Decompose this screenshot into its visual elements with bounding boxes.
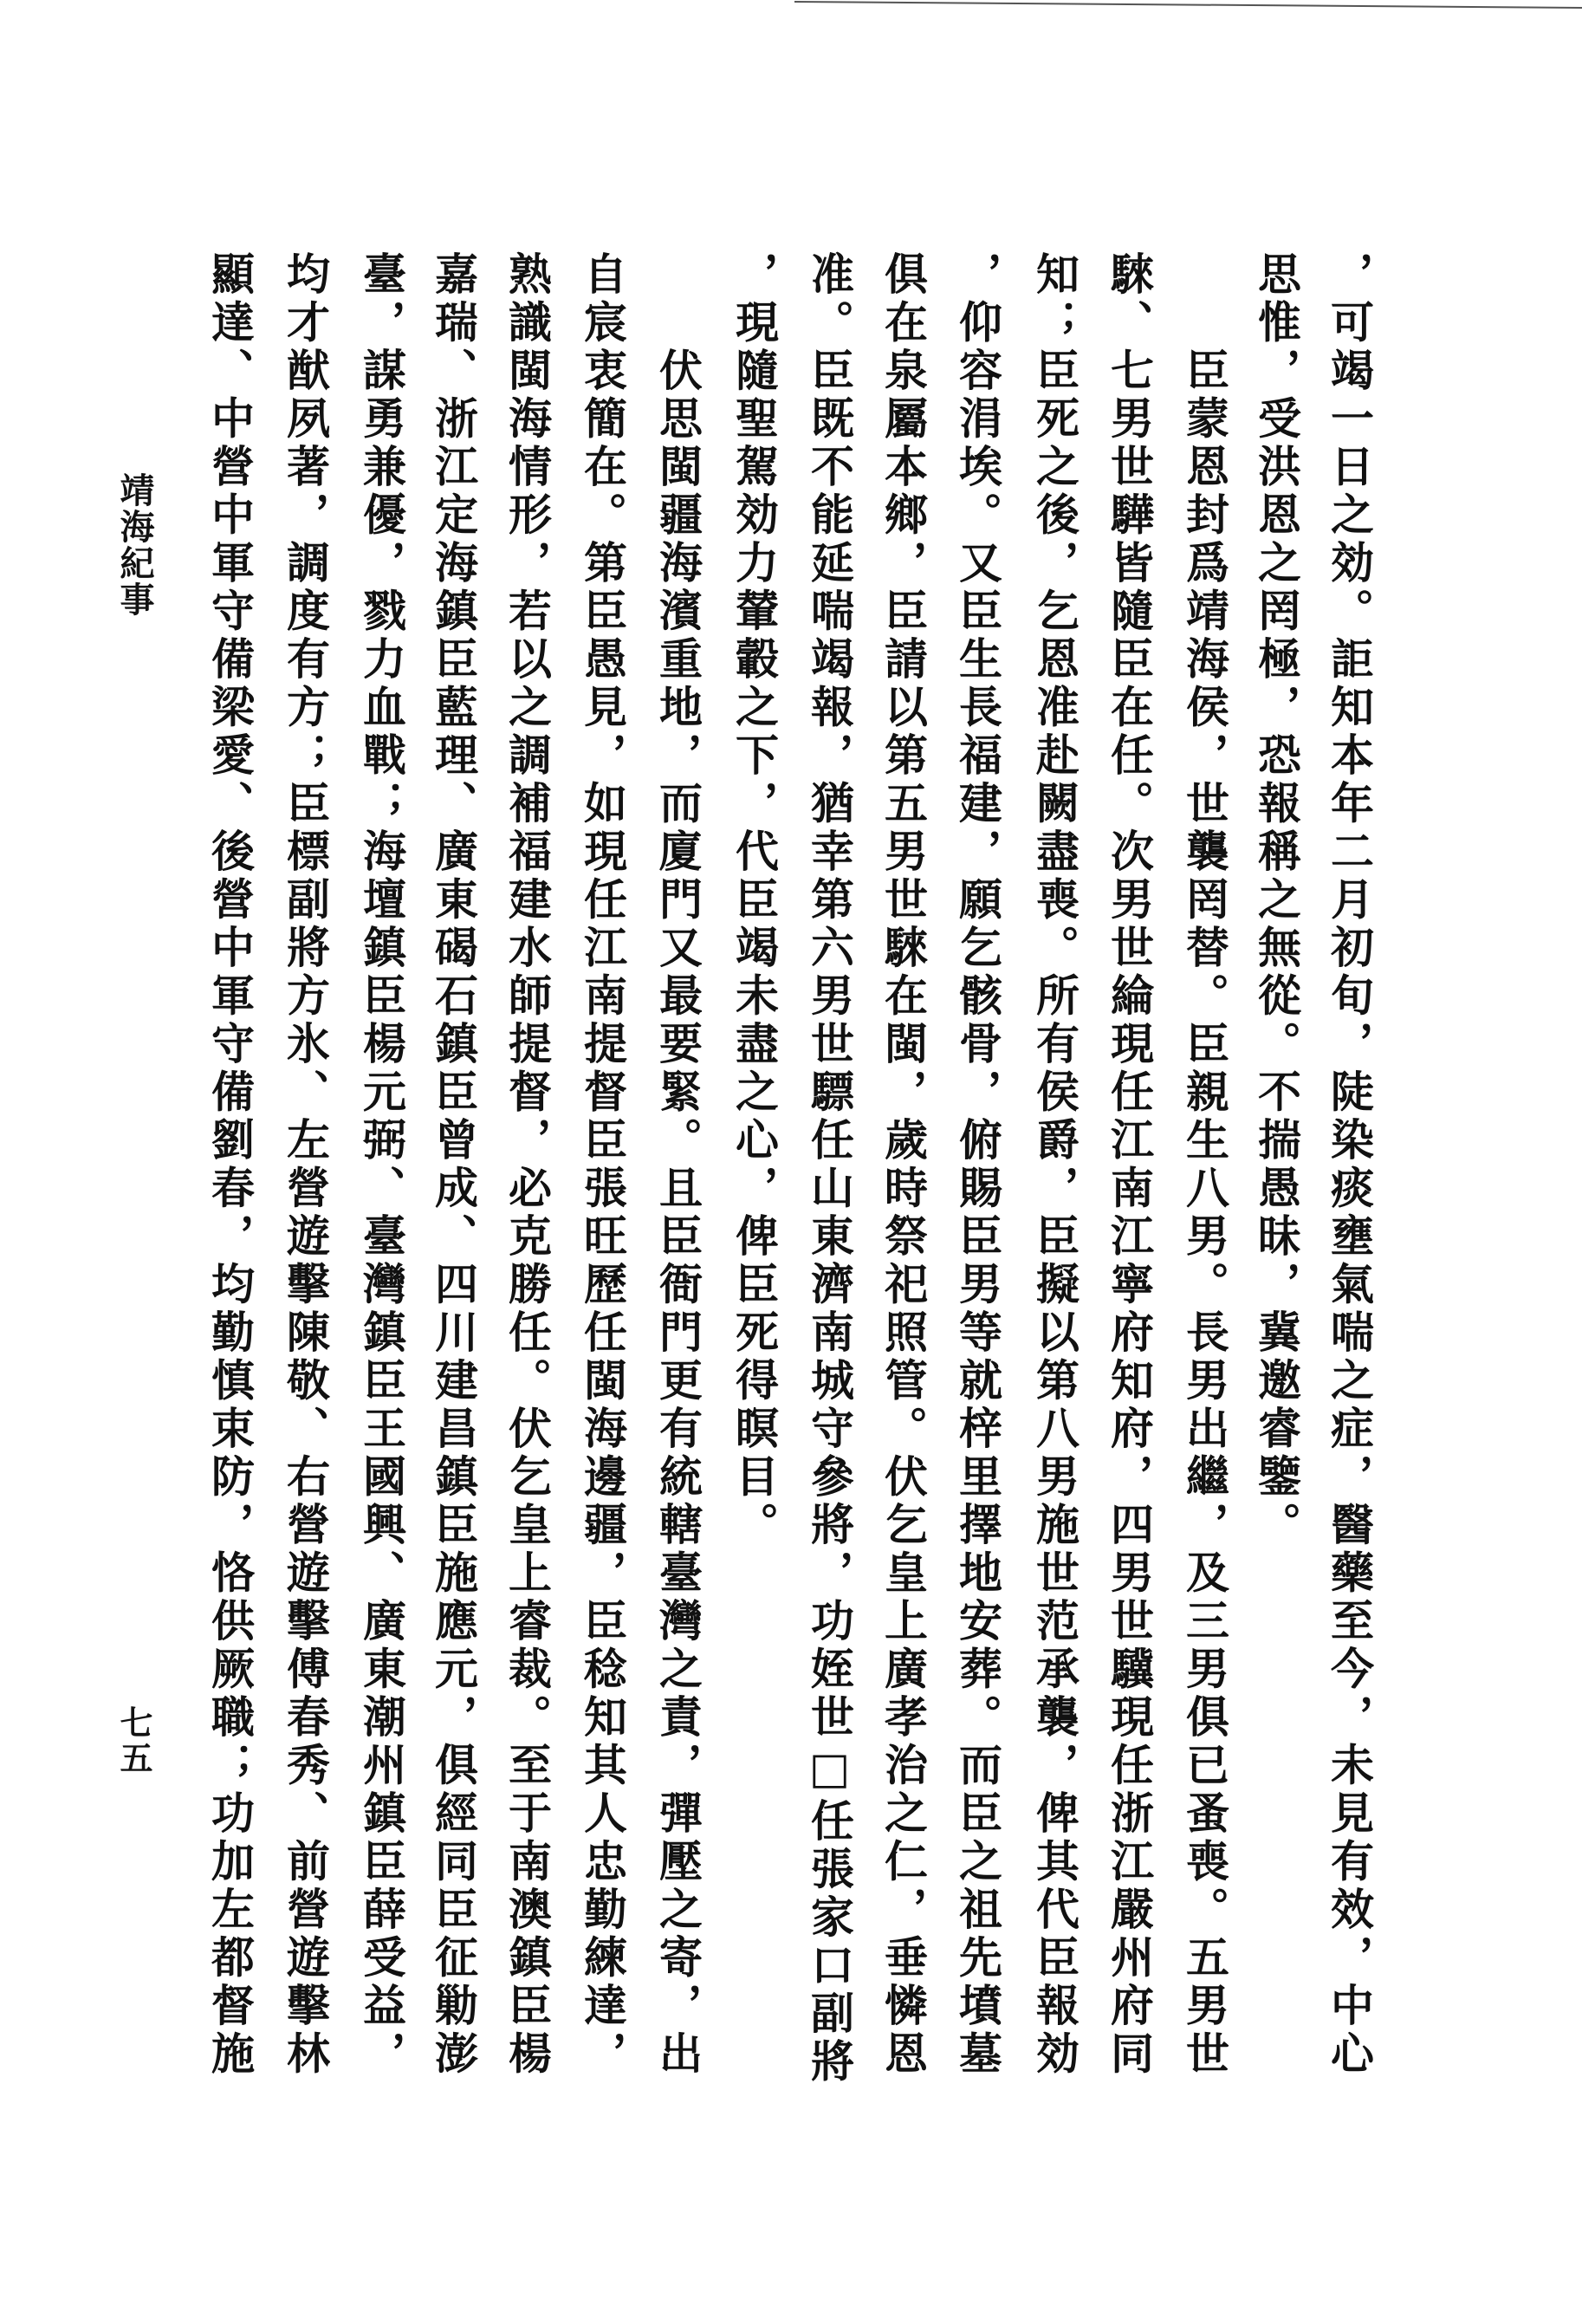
text-column-paragraph-start: 臣蒙恩封爲靖海侯，世襲罔替。臣親生八男。長男出繼，及三男俱已蚤喪。五男世 bbox=[1180, 347, 1229, 2184]
running-title: 靖海紀事 bbox=[114, 472, 154, 618]
text-column: ，現隨聖駕効力輦轂之下，代臣竭未盡之心，俾臣死得瞑目。 bbox=[729, 251, 778, 2088]
book-page: ，可竭一日之効。詎知本年二月初旬，陡染痰壅氣喘之症，醫藥至今，未見有效，中心 思… bbox=[0, 0, 1582, 2324]
text-column: 騋、七男世驊皆隨臣在任。次男世綸現任江南江寧府知府，四男世驥現任浙江嚴州府同 bbox=[1105, 251, 1153, 2088]
text-column: 顯達、中營中軍守備梁愛、後營中軍守備劉春，均勤慎束防，恪供厥職；功加左都督施 bbox=[205, 251, 254, 2088]
text-column: 知；臣死之後，乞恩准赴闕盡喪。所有侯爵，臣擬以第八男施世范承襲，俾其代臣報効 bbox=[1030, 251, 1079, 2088]
text-column: 熟識閩海情形，若以之調補福建水師提督，必克勝任。伏乞皇上睿裁。至于南澳鎮臣楊 bbox=[502, 251, 551, 2088]
text-column: 俱在泉屬本鄉，臣請以第五男世騋在閩，歲時祭祀照管。伏乞皇上廣孝治之仁，垂憐恩 bbox=[879, 251, 927, 2088]
text-column: 自宸衷簡在。第臣愚見，如現任江南提督臣張旺歷任閩海邊疆，臣稔知其人忠勤練達， bbox=[578, 251, 626, 2088]
text-column-paragraph-start: 伏思閩疆海濱重地，而廈門又最要緊。且臣衙門更有統轄臺灣之責，彈壓之寄，出 bbox=[653, 347, 702, 2184]
top-rule-line bbox=[794, 1, 1582, 9]
text-column: ，仰容涓埃。又臣生長福建，願乞骸骨，俯賜臣男等就梓里擇地安葬。而臣之祖先墳墓 bbox=[953, 251, 1002, 2088]
text-column: 思惟，受洪恩之罔極，恐報稱之無從。不揣愚昧，冀邀睿鑒。 bbox=[1252, 251, 1300, 2088]
text-column: 均才猷夙著，調度有方；臣標副將方氷、左營遊擊陳敬、右營遊擊傅春秀、前營遊擊林 bbox=[281, 251, 329, 2088]
text-column: ，可竭一日之効。詎知本年二月初旬，陡染痰壅氣喘之症，醫藥至今，未見有效，中心 bbox=[1325, 251, 1373, 2088]
page-number: 七五 bbox=[114, 1705, 152, 1776]
text-column: 臺，謀勇兼優，戮力血戰；海壇鎮臣楊元弼、臺灣鎮臣王國興、廣東潮州鎮臣薛受益， bbox=[357, 251, 405, 2088]
text-column: 准。臣既不能延喘竭報，猶幸第六男世驃任山東濟南城守參將，功姪世□任張家口副將 bbox=[805, 251, 853, 2088]
text-column: 嘉瑞、浙江定海鎮臣藍理、廣東碣石鎮臣曾成、四川建昌鎮臣施應元，俱經同臣征勦澎 bbox=[429, 251, 477, 2088]
